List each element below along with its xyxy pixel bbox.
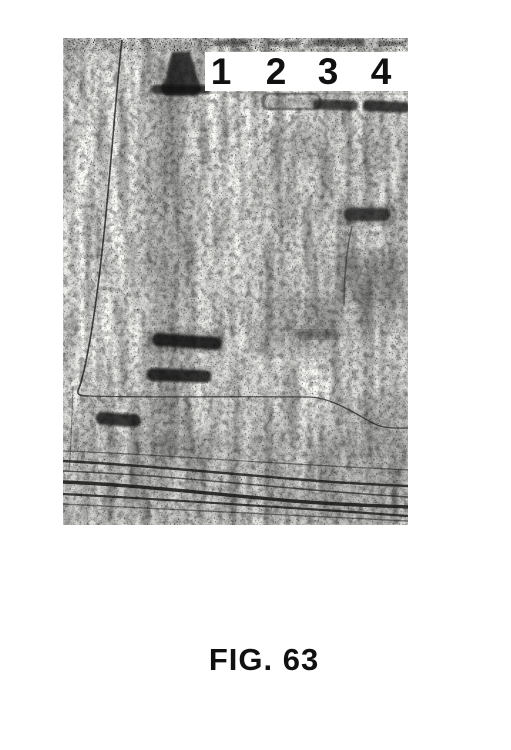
- lane3-well-band: [313, 99, 358, 111]
- lane-label-1: 1: [208, 52, 234, 92]
- marker-band-lower: [147, 368, 211, 383]
- lane-label-3: 3: [315, 52, 341, 92]
- lane-label-2: 2: [263, 52, 289, 92]
- lane-label-4: 4: [368, 52, 394, 92]
- figure-caption: FIG. 63: [158, 642, 370, 678]
- lane-label-strip: 1 2 3 4: [205, 52, 408, 91]
- top-edge-noise: [63, 38, 408, 51]
- lane4-mid-band: [344, 208, 390, 221]
- patent-figure-page: 1 2 3 4 FIG. 63: [0, 0, 511, 750]
- gel-photo-art: [63, 38, 408, 525]
- gel-photo: 1 2 3 4: [63, 38, 408, 525]
